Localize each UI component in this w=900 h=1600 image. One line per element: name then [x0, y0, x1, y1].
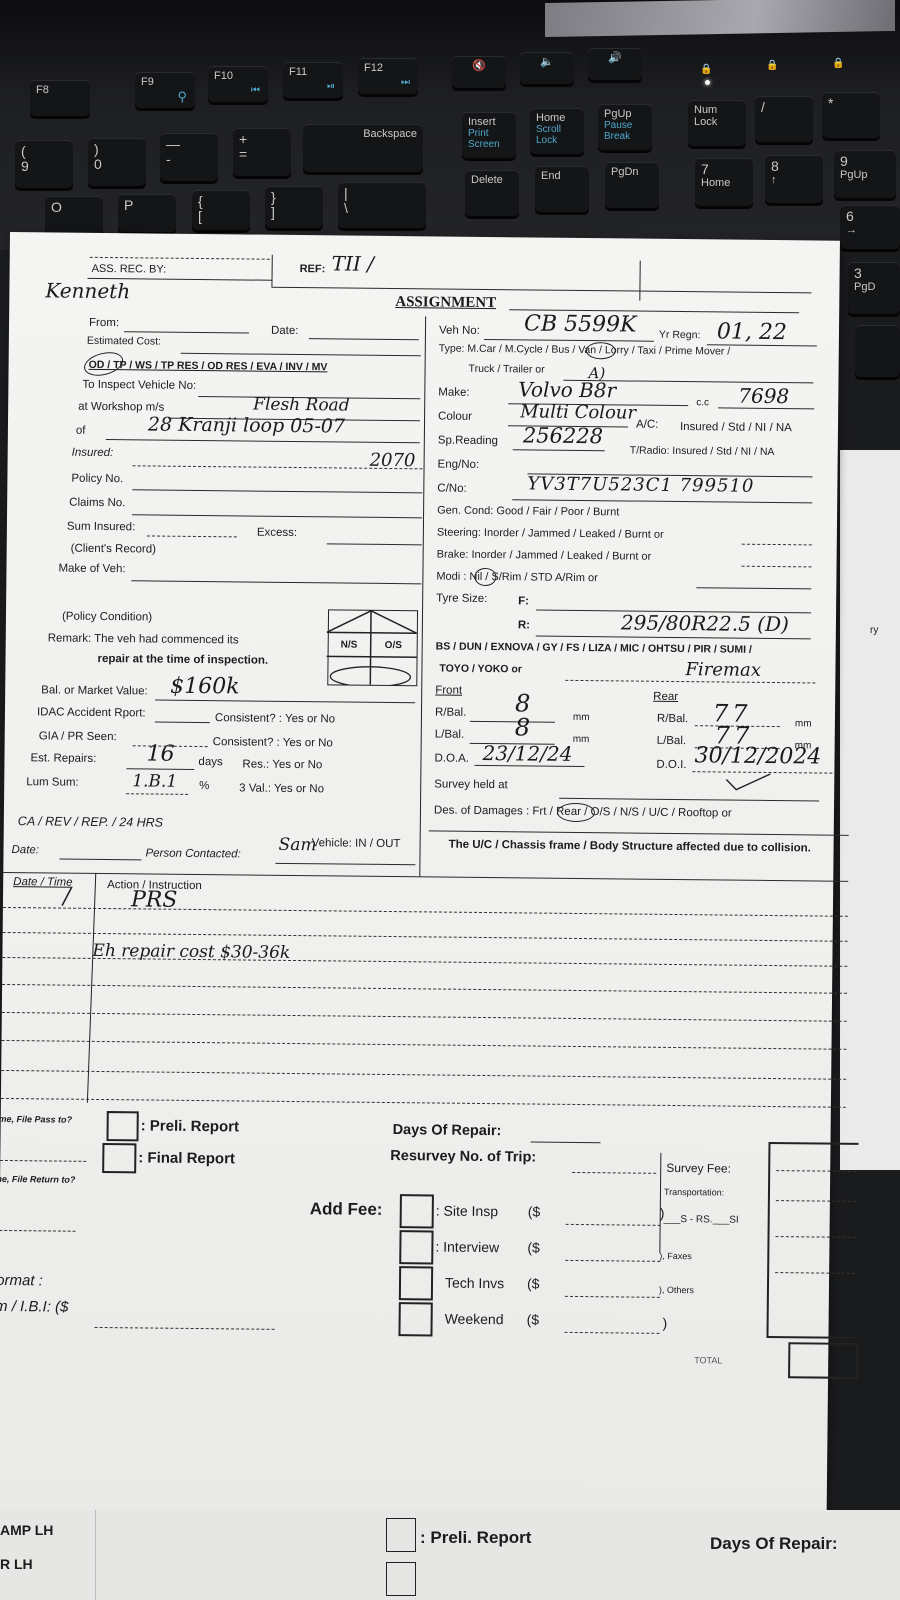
claims-no-label: Claims No.	[69, 497, 125, 510]
idac-label: IDAC Accident Rport:	[37, 706, 146, 719]
cc-field	[718, 407, 814, 409]
modi-options[interactable]: Modi : Nil / S/Rim / STD A/Rim or	[436, 570, 597, 584]
divider	[90, 257, 270, 260]
weekend-label: Weekend	[445, 1311, 504, 1328]
final-report-label: : Final Report	[138, 1149, 235, 1167]
volume-up-icon: 🔊	[608, 52, 622, 64]
survey-held-label: Survey held at	[434, 778, 508, 791]
divider	[639, 261, 640, 301]
search-icon: ⚲	[177, 90, 187, 104]
os-label: O/S	[385, 640, 402, 651]
fee-summary-box	[766, 1142, 858, 1339]
gia-pr-label: GIA / PR Seen:	[39, 730, 117, 743]
key-numpad-6[interactable]: 6→	[840, 205, 900, 249]
key-equals[interactable]: +=	[233, 128, 291, 176]
claim-type-options[interactable]: OD / TP / WS / TP RES / OD RES / EVA / I…	[89, 359, 328, 374]
key-o[interactable]: O	[45, 196, 103, 234]
volume-up-key[interactable]: 🔊	[588, 48, 642, 80]
site-insp-checkbox[interactable]	[400, 1194, 434, 1228]
s-rs-si-field[interactable]: ___S - RS.___SI	[664, 1214, 739, 1226]
eng-no-label: Eng/No:	[438, 458, 480, 470]
resurvey-field[interactable]	[572, 1172, 656, 1174]
key-0[interactable]: )0	[88, 138, 146, 186]
front-label: Front	[435, 684, 462, 696]
collision-statement: The U/C / Chassis frame / Body Structure…	[449, 839, 811, 855]
idac-field[interactable]	[155, 722, 210, 724]
c-no-field	[512, 499, 812, 503]
key-numpad-dot[interactable]	[855, 325, 900, 377]
ac-label: A/C:	[636, 419, 658, 431]
est-repairs-value[interactable]: 16	[146, 741, 174, 766]
mute-icon: 🔇	[472, 60, 486, 72]
sp-reading-label: Sp.Reading	[438, 434, 498, 447]
log-row-line	[1, 1070, 846, 1080]
workshop-address-value[interactable]: 28 Kranji loop 05-07	[148, 413, 345, 437]
divider	[659, 1153, 661, 1253]
res-options[interactable]: Res.: Yes or No	[242, 758, 322, 771]
key-9[interactable]: (9	[15, 140, 73, 188]
date-field-2[interactable]	[59, 859, 141, 861]
key-pgdn[interactable]: PgDn	[605, 162, 659, 208]
excess-field[interactable]	[327, 543, 422, 545]
sum-insured-label: Sum Insured:	[67, 521, 136, 534]
front-rbal-field	[470, 721, 555, 723]
lum-sum-value[interactable]: 1.B.1	[132, 771, 177, 791]
front-lbal-value[interactable]: 8	[515, 713, 531, 741]
next-prelim-report-label: : Preli. Report	[420, 1528, 531, 1548]
market-value[interactable]: $160k	[170, 674, 240, 700]
survey-held-field[interactable]	[559, 798, 819, 802]
vehicle-side-diagram: N/S O/S	[327, 609, 418, 686]
key-num-lock[interactable]: NumLock	[688, 100, 746, 146]
tyre-brand-options[interactable]: BS / DUN / EXNOVA / GY / FS / LIZA / MIC…	[436, 640, 752, 655]
make-value[interactable]: Volvo B8r	[518, 377, 616, 402]
veh-no-label: Veh No:	[439, 324, 480, 336]
idac-consistent-options[interactable]: Consistent? : Yes or No	[215, 712, 335, 725]
format-label: Format :	[0, 1272, 43, 1290]
tech-invs-amount-field[interactable]	[565, 1296, 660, 1298]
divider	[95, 1510, 96, 1600]
survey-fee-label: Survey Fee:	[666, 1161, 731, 1176]
veh-no-value[interactable]: CB 5599K	[524, 311, 637, 337]
lum-sum-ibi-field[interactable]	[95, 1327, 275, 1330]
ac-options[interactable]: Insured / Std / NI / NA	[680, 421, 792, 434]
key-f10[interactable]: F10⏮	[208, 66, 268, 102]
r-lh-label: R LH	[0, 1556, 33, 1572]
steering-other-field[interactable]	[742, 544, 812, 546]
key-numpad-9[interactable]: 9PgUp	[834, 150, 896, 198]
key-right-bracket[interactable]: }]	[265, 186, 323, 228]
ref-value: TII /	[332, 251, 374, 275]
log-row-line	[2, 1012, 847, 1022]
key-minus[interactable]: —-	[160, 133, 218, 181]
tech-invs-checkbox[interactable]	[399, 1266, 433, 1300]
tyre-size-label: Tyre Size:	[436, 592, 487, 605]
file-pass-label: Time, File Pass to?	[0, 1114, 72, 1125]
days-of-repair-label: Days Of Repair:	[393, 1122, 502, 1139]
c-no-label: C/No:	[437, 482, 467, 494]
person-contacted-label: Person Contacted:	[145, 847, 240, 860]
tyre-rear-label: R:	[518, 619, 530, 631]
c-no-value[interactable]: YV3T7U523C1 799510	[527, 473, 754, 496]
file-return-field[interactable]	[0, 1230, 76, 1232]
ass-rec-by-label: ASS. REC. BY:	[92, 263, 167, 276]
tradio-options[interactable]: T/Radio: Insured / Std / NI / NA	[630, 445, 775, 459]
mm-unit: mm	[573, 712, 590, 723]
from-field[interactable]	[124, 331, 249, 333]
make-label: Make:	[438, 386, 469, 398]
site-insp-amount-field[interactable]	[566, 1224, 661, 1226]
interview-amount-field[interactable]	[565, 1260, 660, 1262]
resurvey-label: Resurvey No. of Trip:	[390, 1148, 536, 1166]
interview-dollar: ($	[527, 1239, 540, 1255]
claims-no-field[interactable]	[132, 514, 422, 518]
key-end[interactable]: End	[535, 166, 589, 212]
modi-other-field[interactable]	[696, 587, 811, 589]
damages-other-field[interactable]	[429, 830, 849, 835]
key-insert[interactable]: InsertPrint Screen	[462, 112, 516, 158]
tyre-rear-field	[536, 636, 811, 640]
prelim-report-label: : Preli. Report	[141, 1117, 240, 1135]
fee-line[interactable]	[776, 1236, 856, 1238]
inspect-vehicle-label: To Inspect Vehicle No:	[82, 379, 196, 392]
total-label: TOTAL	[694, 1355, 722, 1365]
of-label: of	[76, 425, 86, 437]
estimated-cost-label: Estimated Cost:	[87, 335, 161, 348]
num-lock-led	[705, 80, 710, 85]
assignment-form: ASS. REC. BY: REF: TII / Kenneth ASSIGNM…	[0, 232, 840, 1531]
log-row-line	[2, 1040, 847, 1050]
log-row-line	[1, 1098, 846, 1108]
workshop-value[interactable]: Flesh Road	[253, 395, 350, 416]
ca-rev-options[interactable]: CA / REV / REP. / 24 HRS	[18, 814, 163, 830]
tyre-brand-value[interactable]: Firemax	[685, 659, 761, 681]
doa-label: D.O.A.	[434, 752, 469, 764]
gen-cond-options[interactable]: Gen. Cond: Good / Fair / Poor / Burnt	[437, 504, 619, 518]
paren: )	[663, 1315, 668, 1331]
log-row-line	[3, 907, 848, 917]
make-of-veh-field[interactable]	[131, 580, 421, 584]
brake-other-field[interactable]	[742, 566, 812, 568]
sum-insured-field[interactable]	[147, 535, 237, 537]
key-f12[interactable]: F12⏭	[358, 58, 418, 94]
mm-unit: mm	[795, 718, 812, 729]
est-repairs-field	[126, 768, 194, 770]
faxes-label: ), Faxes	[659, 1251, 692, 1261]
cc-value[interactable]: 7698	[738, 384, 789, 409]
amp-lh-label: AMP LH	[0, 1522, 53, 1538]
tyre-brand-field	[565, 680, 815, 684]
site-insp-dollar: ($	[528, 1203, 541, 1219]
market-value-field	[155, 700, 415, 704]
fee-line[interactable]	[775, 1272, 855, 1274]
key-numpad-multiply[interactable]: *	[822, 92, 880, 138]
date-label: Date:	[271, 325, 299, 337]
doa-field	[474, 765, 584, 767]
checkmark-icon	[724, 770, 774, 793]
vehicle-type-other-label: Truck / Trailer or	[469, 363, 545, 376]
caps-lock-indicator-icon: 🔒	[766, 60, 778, 71]
file-return-label: Time, File Return to?	[0, 1174, 75, 1185]
next-page: AMP LH R LH : Preli. Report Days Of Repa…	[0, 1510, 900, 1600]
tyre-brand-other-label: TOYO / YOKO or	[439, 663, 522, 676]
yr-regn-label: Yr Regn:	[659, 329, 701, 341]
days-of-repair-field[interactable]	[530, 1142, 600, 1144]
vehicle-type-options[interactable]: Type: M.Car / M.Cycle / Bus / Van / Lorr…	[439, 342, 730, 357]
key-numpad-divide[interactable]: /	[755, 96, 813, 142]
excess-label: Excess:	[257, 527, 297, 539]
volume-down-icon: 🔈	[540, 56, 554, 68]
form-title: ASSIGNMENT	[395, 294, 496, 312]
front-rbal-label: R/Bal.	[435, 706, 466, 718]
underlying-paper: ry	[840, 450, 900, 1170]
rear-lbal-label: L/Bal.	[657, 735, 687, 747]
from-label: From:	[89, 317, 119, 329]
prelim-report-checkbox[interactable]	[106, 1111, 138, 1141]
colour-label: Colour	[438, 410, 472, 422]
final-report-checkbox[interactable]	[102, 1143, 136, 1173]
ass-rec-by-value[interactable]: Kenneth	[45, 278, 130, 303]
key-home[interactable]: HomeScroll Lock	[530, 108, 584, 154]
remark-line-1: Remark: The veh had commenced its	[48, 632, 239, 646]
laptop-screen-edge	[545, 0, 895, 37]
vehicle-in-out-options[interactable]: Vehicle: IN / OUT	[312, 837, 401, 850]
column-divider	[419, 316, 426, 876]
weekend-dollar: ($	[527, 1311, 540, 1327]
key-f8[interactable]: F8	[30, 80, 90, 116]
paren: )	[660, 1205, 665, 1221]
log-row-action[interactable]: PRS	[131, 887, 178, 912]
ns-label: N/S	[341, 639, 358, 650]
lum-sum-field	[126, 793, 188, 795]
add-fee-label: Add Fee:	[310, 1199, 383, 1220]
key-numpad-3[interactable]: 3PgD	[848, 262, 900, 314]
log-row-date[interactable]: /	[63, 885, 71, 910]
tech-invs-dollar: ($	[527, 1275, 540, 1291]
doi-value[interactable]: 30/12/2024	[694, 743, 821, 769]
key-f9[interactable]: F9⚲	[135, 72, 195, 108]
next-final-report-checkbox[interactable]	[386, 1562, 416, 1596]
gia-consistent-options[interactable]: Consistent? : Yes or No	[213, 736, 333, 749]
est-repairs-label: Est. Repairs:	[30, 752, 96, 765]
next-days-of-repair-label: Days Of Repair:	[710, 1534, 838, 1554]
mm-unit: mm	[573, 734, 590, 745]
volume-down-key[interactable]: 🔈	[520, 52, 574, 84]
tyre-front-label: F:	[518, 595, 529, 607]
key-numpad-8[interactable]: 8↑	[765, 155, 823, 203]
percent-label: %	[199, 780, 209, 792]
key-left-bracket[interactable]: {[	[192, 190, 250, 230]
divider	[271, 255, 272, 287]
play-pause-icon: ⏯	[327, 81, 335, 92]
3-val-options[interactable]: 3 Val.: Yes or No	[239, 782, 324, 795]
divider	[271, 287, 811, 294]
date-label-2: Date:	[11, 844, 39, 856]
cc-label: c.c	[696, 397, 709, 408]
keyboard: F8 F9⚲ F10⏮ F11⏯ F12⏭ 🔇 🔈 🔊 🔒 🔒 🔒 (9 )0 …	[0, 0, 900, 250]
policy-no-label: Policy No.	[71, 473, 123, 486]
next-prelim-report-checkbox[interactable]	[386, 1518, 416, 1552]
log-row-line	[2, 984, 847, 994]
next-track-icon: ⏭	[401, 77, 410, 88]
weekend-amount-field[interactable]	[565, 1332, 660, 1334]
num-lock-indicator-icon: 🔒	[700, 64, 712, 75]
clients-record-label: (Client's Record)	[71, 543, 156, 556]
log-row-action[interactable]: Eh repair cost $30-36k	[92, 941, 290, 963]
key-backslash[interactable]: |\	[338, 182, 426, 228]
key-pgup[interactable]: PgUpPause Break	[598, 104, 652, 150]
doa-value[interactable]: 23/12/24	[482, 741, 572, 766]
weekend-checkbox[interactable]	[398, 1302, 432, 1336]
days-label: days	[198, 756, 222, 768]
key-f11[interactable]: F11⏯	[283, 62, 343, 98]
person-contacted-field	[275, 863, 415, 865]
others-label: ), Others	[659, 1285, 694, 1295]
brake-options[interactable]: Brake: Inorder / Jammed / Leaked / Burnt…	[437, 548, 652, 562]
previous-track-icon: ⏮	[251, 85, 260, 96]
policy-condition-label: (Policy Condition)	[62, 611, 152, 624]
key-p[interactable]: P	[118, 194, 176, 232]
front-lbal-label: L/Bal.	[435, 728, 465, 740]
address-field	[106, 439, 420, 443]
key-delete[interactable]: Delete	[465, 170, 519, 216]
nil-selected-circle	[474, 568, 496, 586]
make-of-veh-label: Make of Veh:	[58, 563, 125, 576]
tech-invs-label: Tech Invs	[445, 1275, 504, 1292]
rear-label: Rear	[653, 691, 678, 703]
veh-no-field	[484, 339, 654, 342]
insured-label: Insured:	[72, 447, 114, 459]
key-numpad-7[interactable]: 7Home	[695, 158, 753, 206]
yr-regn-value[interactable]: 01, 22	[717, 319, 787, 345]
fee-line[interactable]	[776, 1170, 856, 1172]
workshop-label: at Workshop m/s	[78, 401, 164, 414]
estimated-cost-field[interactable]	[181, 353, 421, 357]
fee-line[interactable]	[776, 1200, 856, 1202]
key-backspace[interactable]: Backspace	[303, 124, 423, 172]
rear-selected-circle	[557, 803, 595, 822]
remark-line-2: repair at the time of inspection.	[97, 653, 268, 667]
bus-selected-circle	[586, 342, 616, 359]
sp-reading-value[interactable]: 256228	[523, 423, 603, 448]
colour-value[interactable]: Multi Colour	[520, 401, 636, 423]
tyre-rear-value[interactable]: 295/80R22.5 (D)	[621, 610, 789, 636]
doi-label: D.O.I.	[656, 759, 686, 771]
lum-sum-ibi-label: um / I.B.I: ($	[0, 1298, 69, 1316]
interview-checkbox[interactable]	[399, 1230, 433, 1264]
ref-label: REF:	[300, 263, 326, 275]
od-tp-selected-circle	[82, 348, 126, 379]
file-pass-field[interactable]	[0, 1160, 86, 1162]
lum-sum-label: Lum Sum:	[26, 776, 79, 789]
sp-reading-field	[513, 449, 605, 451]
market-value-label: Bal. or Market Value:	[41, 684, 148, 697]
policy-no-field[interactable]	[132, 489, 422, 493]
scroll-lock-indicator-icon: 🔒	[832, 58, 844, 69]
mute-key[interactable]: 🔇	[452, 56, 506, 88]
interview-label: : Interview	[435, 1239, 499, 1256]
transportation-label: Transportation:	[664, 1187, 724, 1198]
steering-options[interactable]: Steering: Inorder / Jammed / Leaked / Bu…	[437, 526, 664, 540]
site-insp-label: : Site Insp	[436, 1203, 498, 1220]
total-field[interactable]	[788, 1342, 858, 1379]
rear-rbal-label: R/Bal.	[657, 713, 688, 725]
date-field[interactable]	[309, 338, 419, 340]
